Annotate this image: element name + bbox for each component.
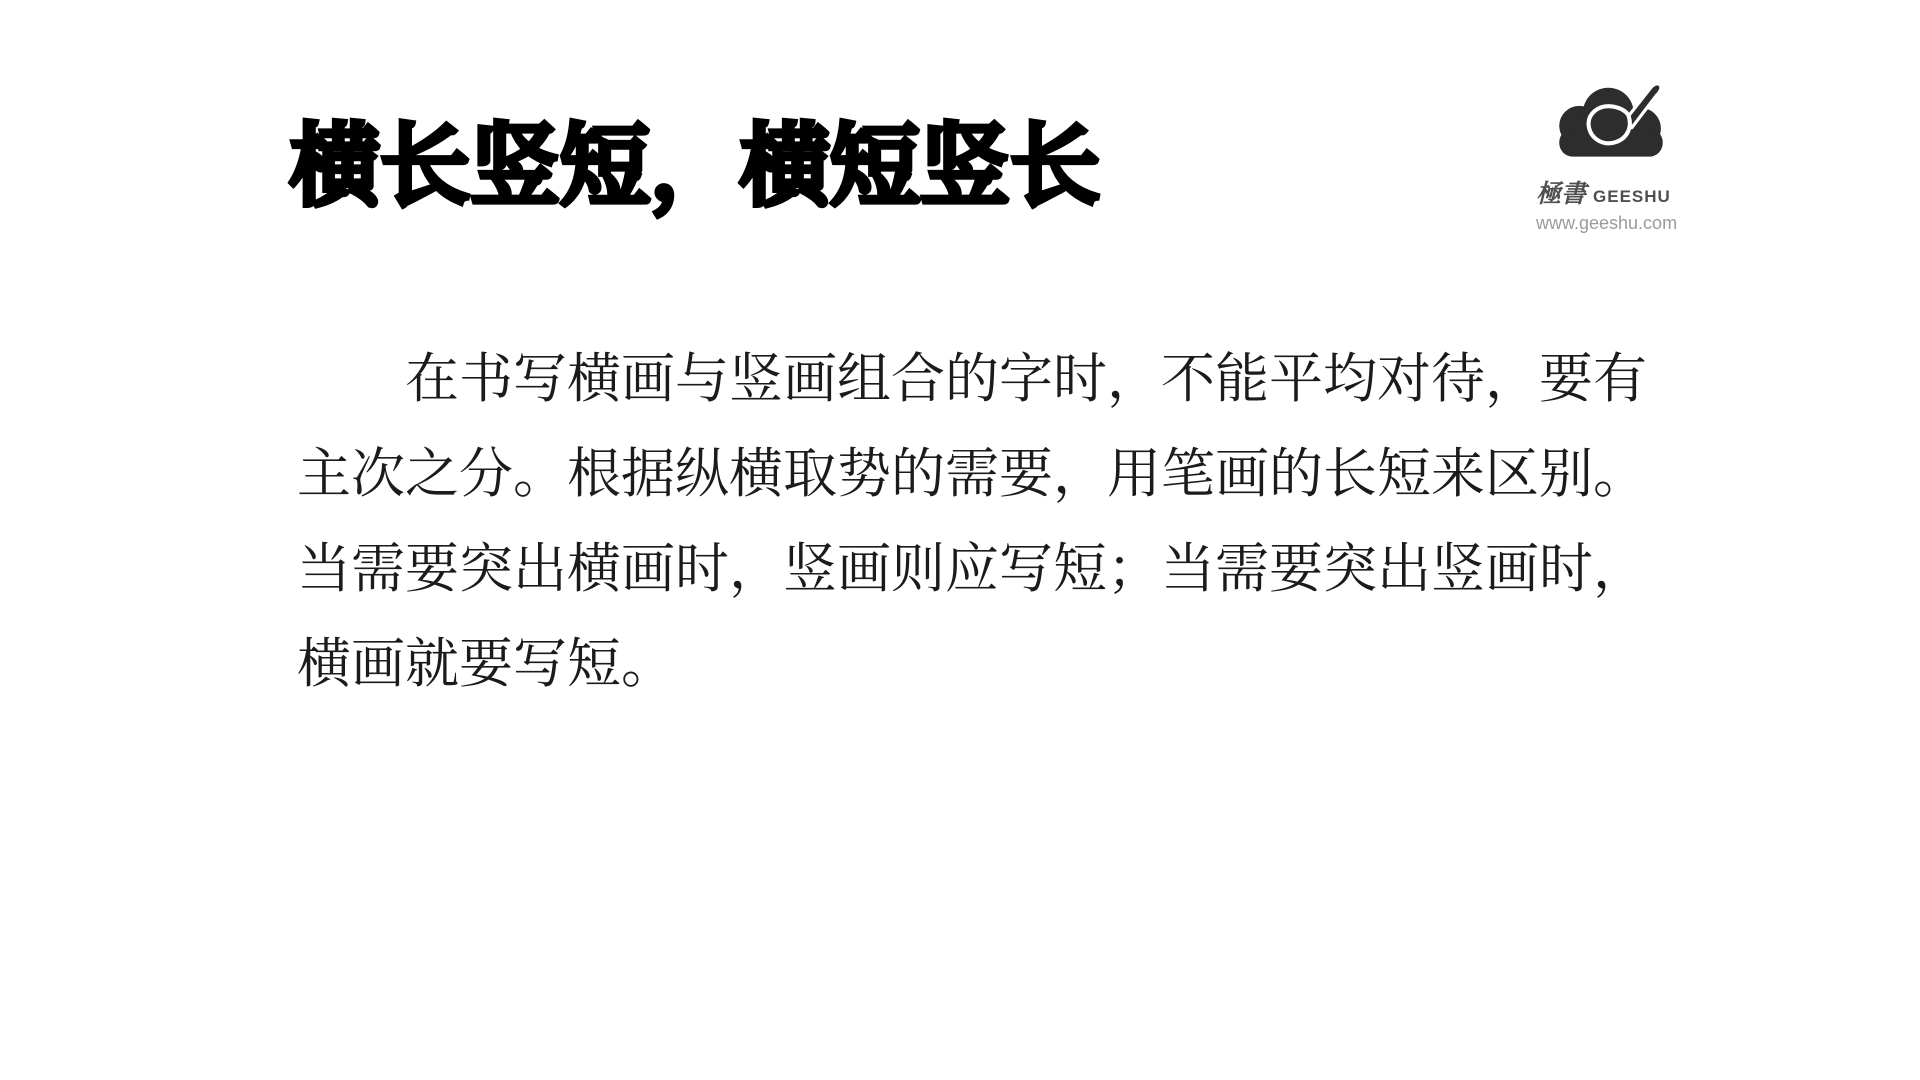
cloud-brush-icon [1552, 76, 1670, 172]
paragraph-line: 横画就要写短。 [297, 617, 1697, 712]
body-paragraph: 在书写横画与竖画组合的字时，不能平均对待，要有 主次之分。根据纵横取势的需要，用… [297, 332, 1697, 712]
logo-brand-cjk: 極書 [1536, 174, 1586, 210]
geeshu-logo: 極書 GEESHU www.geeshu.com [1536, 76, 1686, 234]
paragraph-line: 主次之分。根据纵横取势的需要，用笔画的长短来区别。 [297, 427, 1697, 522]
logo-brand: 極書 GEESHU [1536, 174, 1686, 210]
paragraph-line: 在书写横画与竖画组合的字时，不能平均对待，要有 [297, 332, 1697, 427]
logo-brand-latin: GEESHU [1593, 187, 1671, 207]
logo-url: www.geeshu.com [1536, 213, 1686, 234]
paragraph-line: 当需要突出横画时，竖画则应写短；当需要突出竖画时， [297, 522, 1697, 617]
page-title: 横长竖短，横短竖长 [290, 112, 1100, 222]
slide: 横长竖短，横短竖长 極書 GEESHU www.geeshu.com 在书写横画… [0, 0, 1920, 1080]
